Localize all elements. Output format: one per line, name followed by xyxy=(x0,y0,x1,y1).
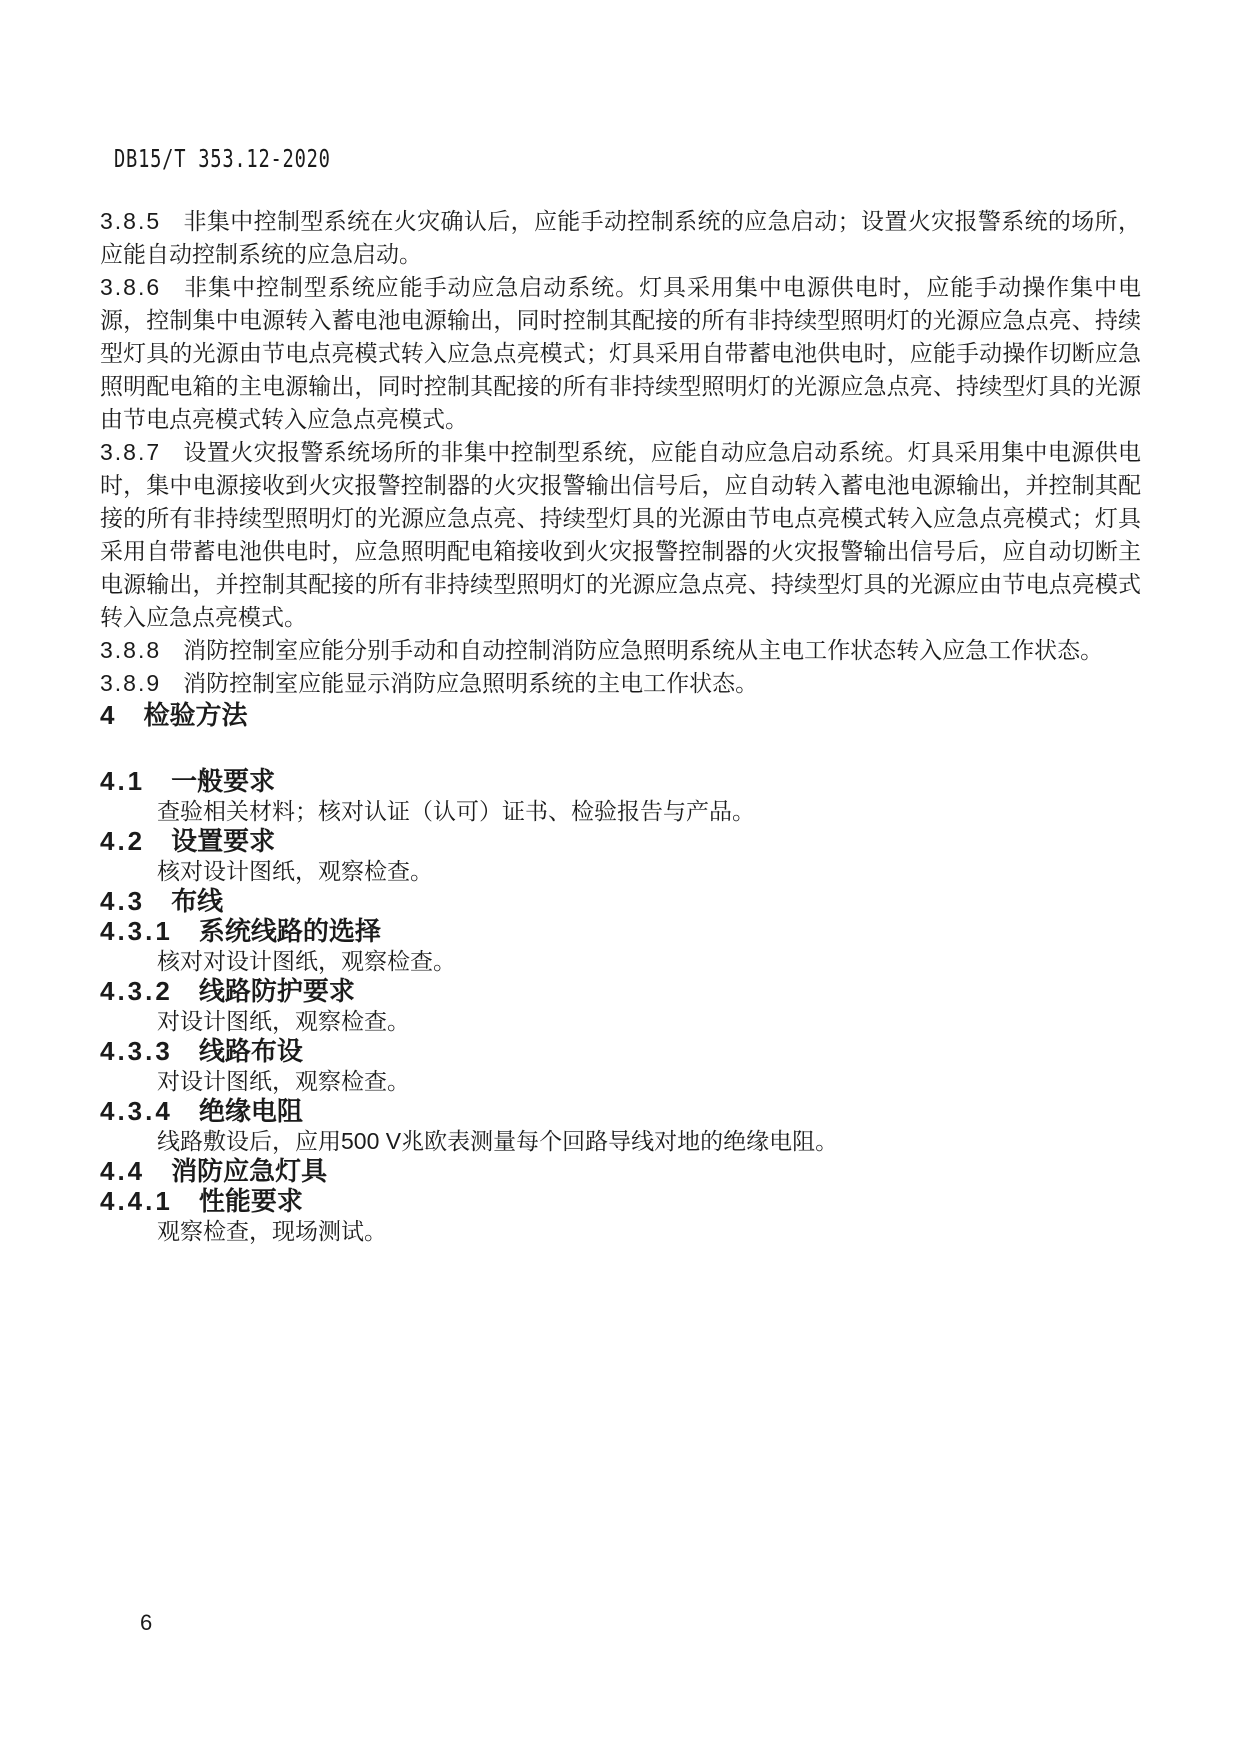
paragraph-text: 对设计图纸，观察检查。 xyxy=(157,1068,410,1094)
clause-text: 消防控制室应能显示消防应急照明系统的主电工作状态。 xyxy=(183,670,758,696)
clause-number: 3.8.7 xyxy=(100,439,161,465)
heading-text: 性能要求 xyxy=(199,1186,303,1216)
clause-number: 3.8.6 xyxy=(100,274,161,300)
clause-number: 3.8.5 xyxy=(100,208,161,234)
heading-number: 4.3 xyxy=(100,886,145,916)
section-heading: 4.2设置要求 xyxy=(100,826,1141,856)
heading-text: 线路防护要求 xyxy=(199,976,355,1006)
clause-number: 3.8.8 xyxy=(100,637,161,663)
heading-text: 一般要求 xyxy=(171,766,275,796)
body-paragraph: 对设计图纸，观察检查。 xyxy=(100,1006,1141,1036)
paragraph-text: 核对设计图纸，观察检查。 xyxy=(157,858,433,884)
heading-text: 布线 xyxy=(171,886,223,916)
section-heading: 4.3.1系统线路的选择 xyxy=(100,916,1141,946)
heading-number: 4.2 xyxy=(100,826,145,856)
clause-text: 设置火灾报警系统场所的非集中控制型系统，应能自动应急启动系统。灯具采用集中电源供… xyxy=(100,439,1141,630)
body-paragraph: 观察检查，现场测试。 xyxy=(100,1216,1141,1246)
body-paragraph: 查验相关材料；核对认证（认可）证书、检验报告与产品。 xyxy=(100,796,1141,826)
body-paragraph: 核对对设计图纸，观察检查。 xyxy=(100,946,1141,976)
heading-number: 4.4 xyxy=(100,1156,145,1186)
body-paragraph: 核对设计图纸，观察检查。 xyxy=(100,856,1141,886)
clause-paragraph: 3.8.8消防控制室应能分别手动和自动控制消防应急照明系统从主电工作状态转入应急… xyxy=(100,634,1141,667)
section-heading: 4.3布线 xyxy=(100,886,1141,916)
document-page: DB15/T 353.12-2020 3.8.5非集中控制型系统在火灾确认后，应… xyxy=(0,0,1241,1755)
section-heading: 4检验方法 xyxy=(100,700,1141,730)
paragraph-text: 核对对设计图纸，观察检查。 xyxy=(157,948,456,974)
heading-text: 检验方法 xyxy=(143,700,247,730)
section-heading: 4.3.4绝缘电阻 xyxy=(100,1096,1141,1126)
heading-number: 4.3.1 xyxy=(100,916,173,946)
page-number: 6 xyxy=(140,1610,152,1636)
paragraph-text: 观察检查，现场测试。 xyxy=(157,1218,387,1244)
clause-text: 非集中控制型系统应能手动应急启动系统。灯具采用集中电源供电时，应能手动操作集中电… xyxy=(100,274,1141,432)
body-paragraph: 线路敷设后，应用500 V兆欧表测量每个回路导线对地的绝缘电阻。 xyxy=(100,1126,1141,1156)
heading-number: 4.1 xyxy=(100,766,145,796)
heading-text: 消防应急灯具 xyxy=(171,1156,327,1186)
paragraph-text: 对设计图纸，观察检查。 xyxy=(157,1008,410,1034)
clause-paragraph: 3.8.7设置火灾报警系统场所的非集中控制型系统，应能自动应急启动系统。灯具采用… xyxy=(100,436,1141,634)
document-body: 3.8.5非集中控制型系统在火灾确认后，应能手动控制系统的应急启动；设置火灾报警… xyxy=(100,0,1141,1246)
section-heading: 4.4.1性能要求 xyxy=(100,1186,1141,1216)
clause-text: 消防控制室应能分别手动和自动控制消防应急照明系统从主电工作状态转入应急工作状态。 xyxy=(183,637,1103,663)
clause-paragraph: 3.8.9消防控制室应能显示消防应急照明系统的主电工作状态。 xyxy=(100,667,1141,700)
clause-paragraph: 3.8.6非集中控制型系统应能手动应急启动系统。灯具采用集中电源供电时，应能手动… xyxy=(100,271,1141,436)
heading-number: 4.4.1 xyxy=(100,1186,173,1216)
body-paragraph: 对设计图纸，观察检查。 xyxy=(100,1066,1141,1096)
section-heading: 4.4消防应急灯具 xyxy=(100,1156,1141,1186)
heading-text: 设置要求 xyxy=(171,826,275,856)
paragraph-text: 查验相关材料；核对认证（认可）证书、检验报告与产品。 xyxy=(157,798,755,824)
clause-number: 3.8.9 xyxy=(100,670,161,696)
heading-number: 4.3.3 xyxy=(100,1036,173,1066)
paragraph-text: 线路敷设后，应用500 V兆欧表测量每个回路导线对地的绝缘电阻。 xyxy=(157,1128,838,1154)
heading-text: 线路布设 xyxy=(199,1036,303,1066)
heading-number: 4 xyxy=(100,700,117,730)
heading-text: 系统线路的选择 xyxy=(199,916,381,946)
section-heading: 4.1一般要求 xyxy=(100,766,1141,796)
heading-number: 4.3.4 xyxy=(100,1096,173,1126)
clause-paragraph: 3.8.5非集中控制型系统在火灾确认后，应能手动控制系统的应急启动；设置火灾报警… xyxy=(100,205,1141,271)
heading-number: 4.3.2 xyxy=(100,976,173,1006)
clause-text: 非集中控制型系统在火灾确认后，应能手动控制系统的应急启动；设置火灾报警系统的场所… xyxy=(100,208,1141,267)
heading-text: 绝缘电阻 xyxy=(199,1096,303,1126)
section-heading: 4.3.3线路布设 xyxy=(100,1036,1141,1066)
section-heading: 4.3.2线路防护要求 xyxy=(100,976,1141,1006)
